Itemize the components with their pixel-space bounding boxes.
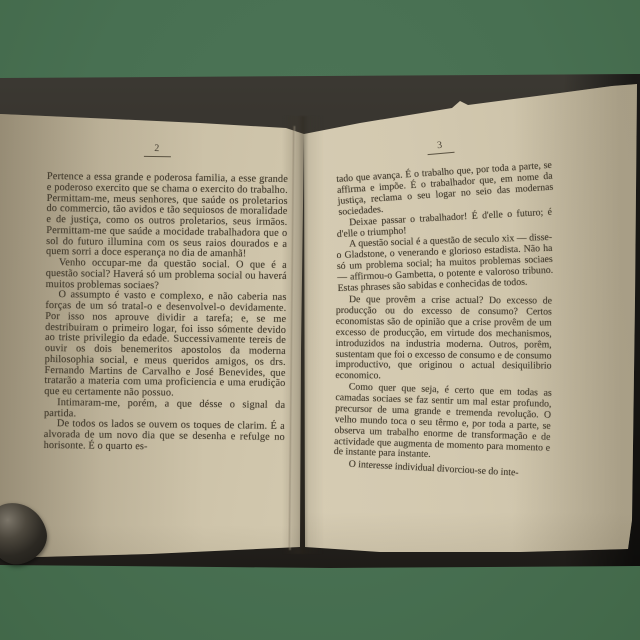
- book-gutter-shadow: [282, 116, 324, 554]
- text-paragraph: Pertence a essa grande e poderosa famili…: [46, 172, 288, 261]
- left-page-text: Pertence a essa grande e poderosa famili…: [44, 172, 288, 454]
- left-page-number: 2: [127, 143, 187, 155]
- text-paragraph: De que provêm a crise actual? Do excesso…: [335, 295, 552, 384]
- book-photo-scene: 2 3 Pertence a essa grande e poderosa fa…: [0, 0, 640, 640]
- text-paragraph: Venho occupar-me da questão social. O qu…: [46, 258, 287, 293]
- text-paragraph: A questão social é a questão de seculo x…: [336, 233, 554, 295]
- right-page-text: tado que avança. É o trabalho que, por t…: [336, 175, 552, 469]
- left-page-header: 2: [127, 143, 187, 158]
- text-paragraph: O assumpto é vasto e complexo, e não cab…: [44, 290, 286, 400]
- text-paragraph: Como quer que seja, é certo que em todas…: [334, 382, 552, 465]
- text-paragraph: De todos os lados se ouvem os toques de …: [44, 419, 285, 454]
